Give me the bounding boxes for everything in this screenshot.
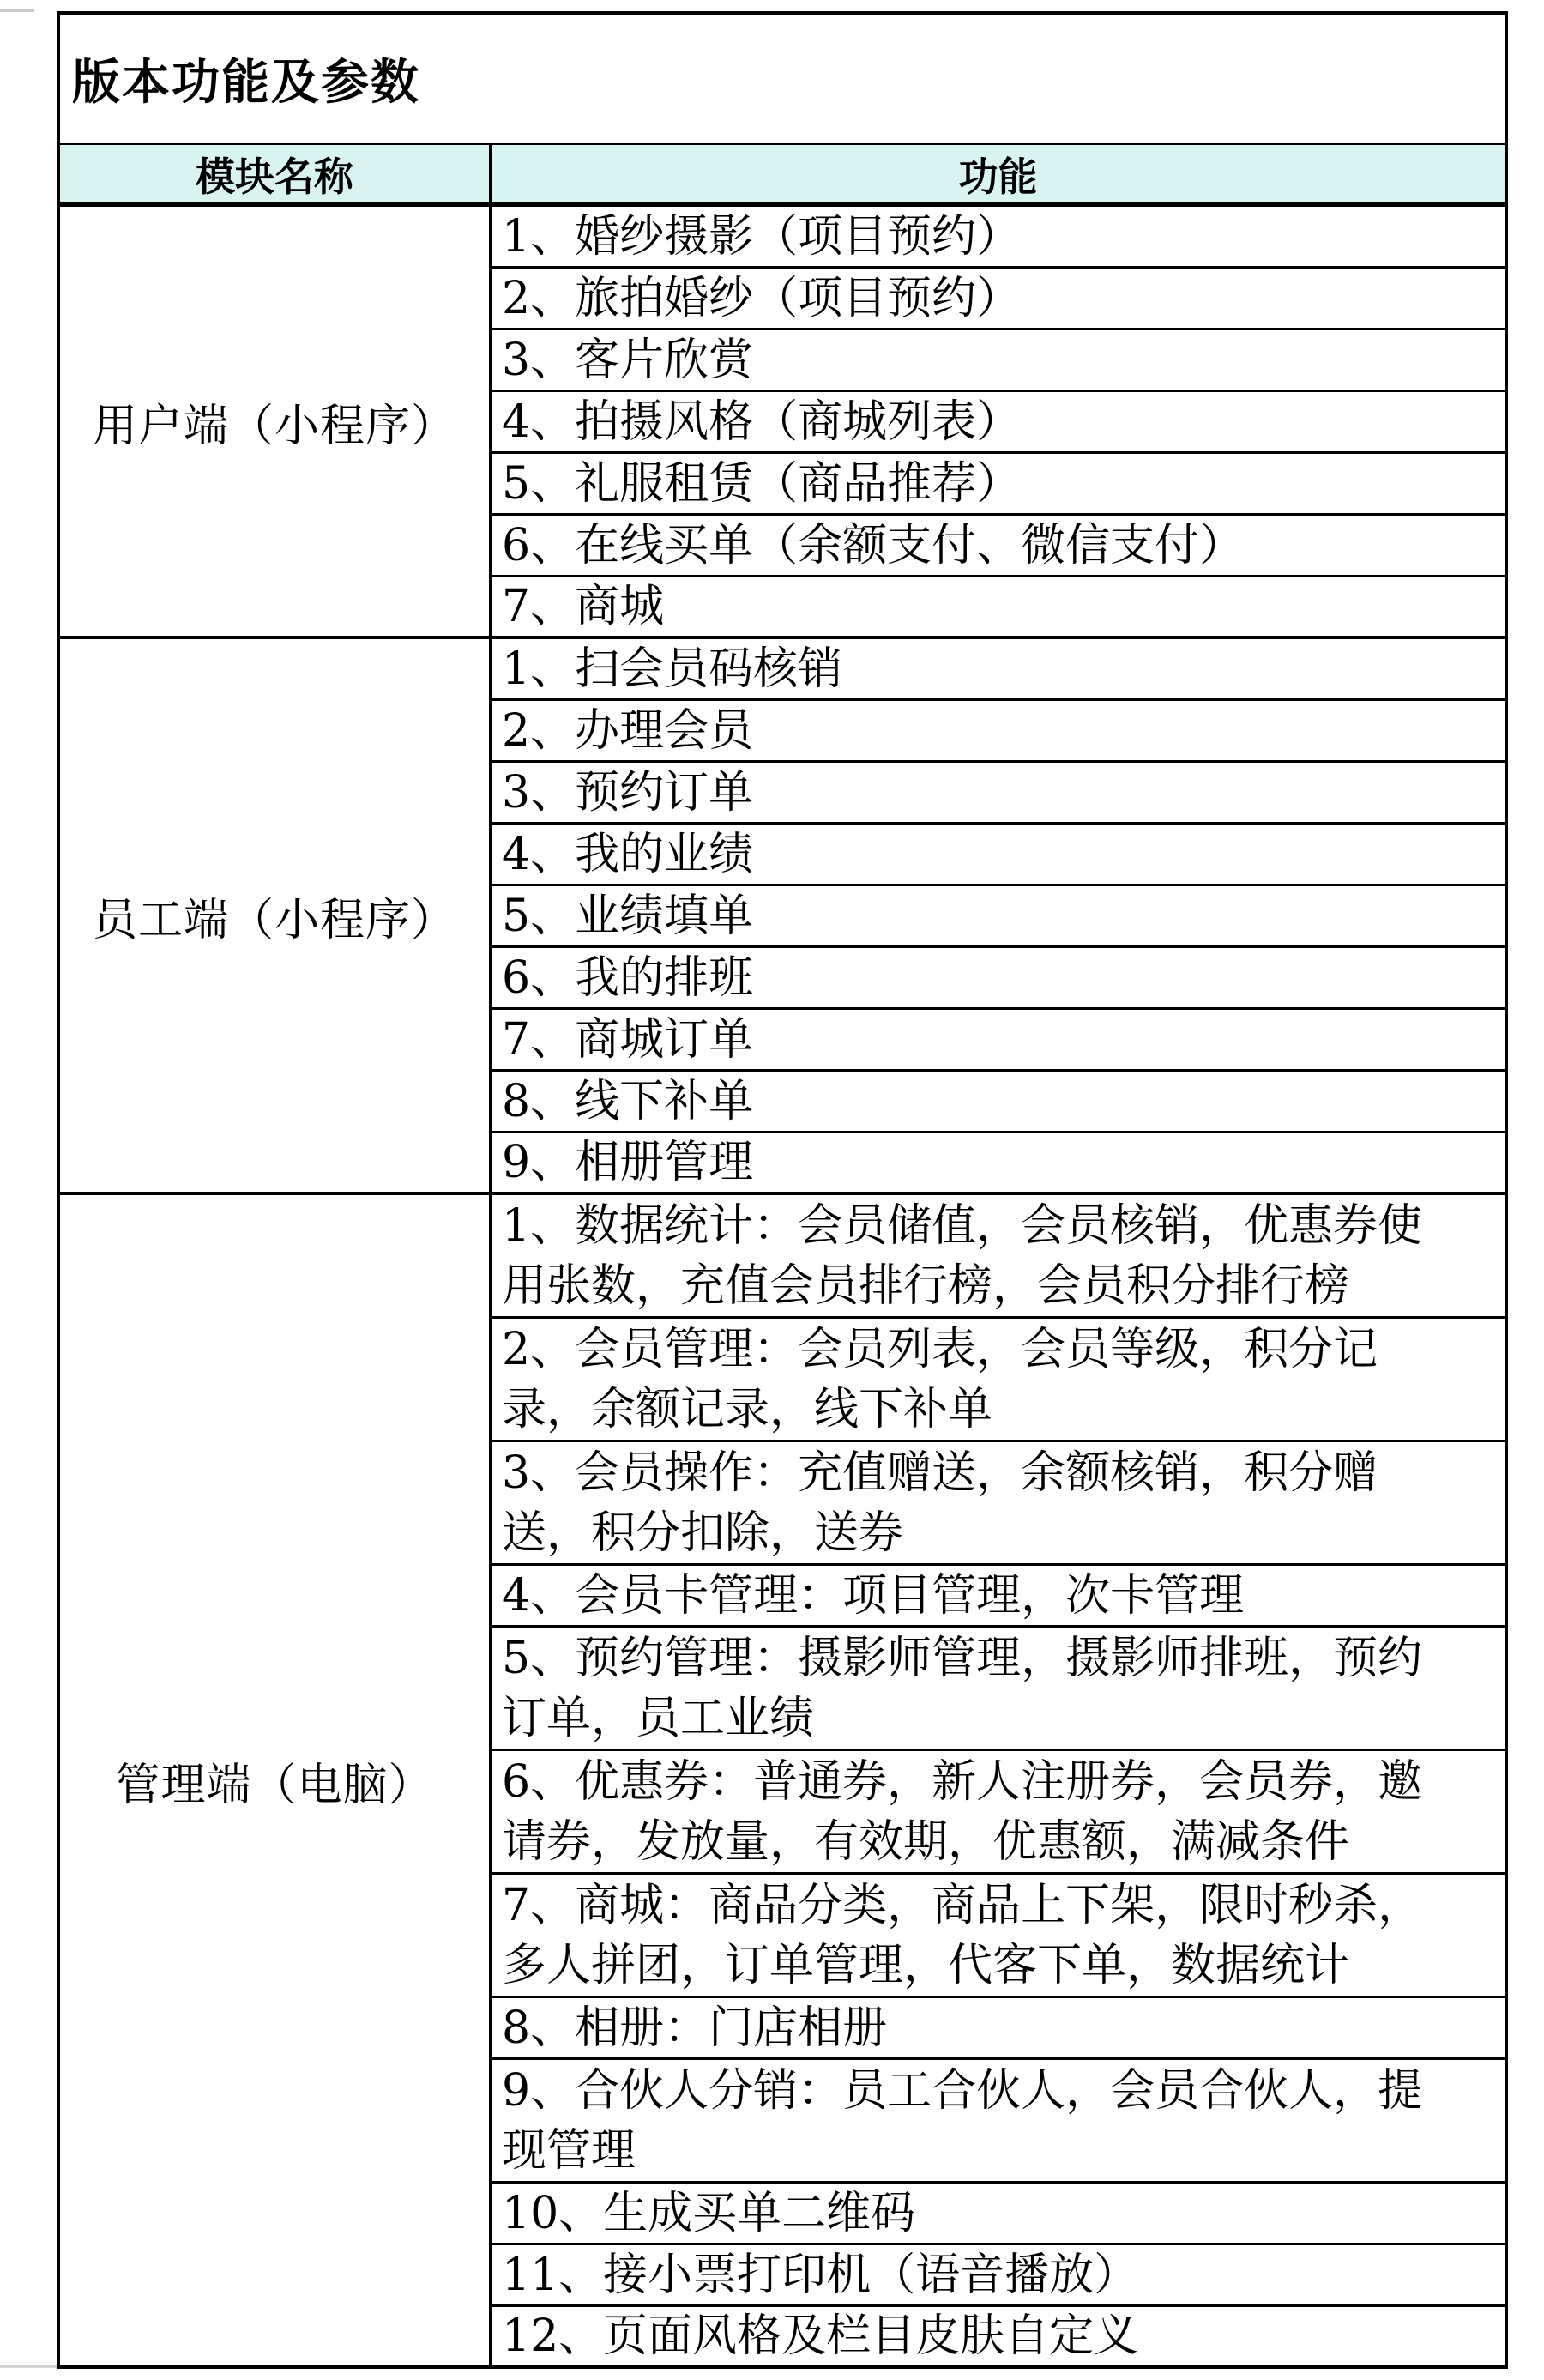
feature-row: 1、婚纱摄影（项目预约） [492,207,1505,269]
feature-row: 9、合伙人分销：员工合伙人，会员合伙人，提 现管理 [492,2060,1505,2184]
feature-spec-table: 版本功能及参数 模块名称 功能 用户端（小程序） 1、婚纱摄影（项目预约） 2、… [57,11,1508,2369]
feature-list: 1、数据统计：会员储值，会员核销，优惠券使 用张数，充值会员排行榜，会员积分排行… [492,1195,1505,2365]
feature-list: 1、扫会员码核销 2、办理会员 3、预约订单 4、我的业绩 5、业绩填单 6、我… [492,639,1505,1192]
feature-row: 4、拍摄风格（商城列表） [492,392,1505,454]
feature-row: 12、页面风格及栏目皮肤自定义 [492,2307,1505,2365]
feature-row: 6、优惠券：普通券，新人注册券，会员券，邀 请券，发放量，有效期，优惠额，满减条… [492,1751,1505,1875]
spreadsheet-gridline-artifact-top [0,9,34,12]
feature-row: 7、商城：商品分类，商品上下架，限时秒杀， 多人拼团，订单管理，代客下单，数据统… [492,1875,1505,1998]
feature-row: 8、相册：门店相册 [492,1998,1505,2060]
feature-row: 4、我的业绩 [492,825,1505,886]
feature-row: 1、扫会员码核销 [492,639,1505,701]
feature-row: 2、会员管理：会员列表，会员等级，积分记 录，余额记录，线下补单 [492,1319,1505,1442]
feature-row: 5、预约管理：摄影师管理，摄影师排班，预约 订单，员工业绩 [492,1628,1505,1751]
section-staff-client: 员工端（小程序） 1、扫会员码核销 2、办理会员 3、预约订单 4、我的业绩 5… [60,639,1505,1195]
feature-row: 8、线下补单 [492,1072,1505,1133]
feature-row: 11、接小票打印机（语音播放） [492,2245,1505,2307]
feature-row: 7、商城订单 [492,1010,1505,1072]
feature-row: 5、业绩填单 [492,886,1505,948]
feature-row: 7、商城 [492,577,1505,636]
feature-row: 2、办理会员 [492,701,1505,763]
feature-row: 6、我的排班 [492,948,1505,1010]
feature-row: 2、旅拍婚纱（项目预约） [492,269,1505,330]
feature-row: 3、客片欣赏 [492,330,1505,392]
module-label-user-client: 用户端（小程序） [60,207,492,636]
table-header-row: 模块名称 功能 [60,145,1505,207]
section-admin-client: 管理端（电脑） 1、数据统计：会员储值，会员核销，优惠券使 用张数，充值会员排行… [60,1195,1505,2365]
feature-row: 1、数据统计：会员储值，会员核销，优惠券使 用张数，充值会员排行榜，会员积分排行… [492,1195,1505,1319]
feature-row: 3、预约订单 [492,763,1505,825]
feature-row: 4、会员卡管理：项目管理，次卡管理 [492,1566,1505,1628]
feature-row: 3、会员操作：充值赠送，余额核销，积分赠 送，积分扣除，送券 [492,1442,1505,1566]
spreadsheet-gridline-artifact-bottom [0,2365,57,2368]
feature-list: 1、婚纱摄影（项目预约） 2、旅拍婚纱（项目预约） 3、客片欣赏 4、拍摄风格（… [492,207,1505,636]
module-label-admin-client: 管理端（电脑） [60,1195,492,2365]
feature-row: 5、礼服租赁（商品推荐） [492,454,1505,516]
feature-row: 9、相册管理 [492,1133,1505,1192]
header-feature: 功能 [492,145,1505,202]
module-label-staff-client: 员工端（小程序） [60,639,492,1192]
feature-row: 10、生成买单二维码 [492,2184,1505,2245]
section-user-client: 用户端（小程序） 1、婚纱摄影（项目预约） 2、旅拍婚纱（项目预约） 3、客片欣… [60,207,1505,639]
table-title: 版本功能及参数 [60,15,1505,145]
feature-row: 6、在线买单（余额支付、微信支付） [492,516,1505,577]
header-module-name: 模块名称 [60,145,492,202]
